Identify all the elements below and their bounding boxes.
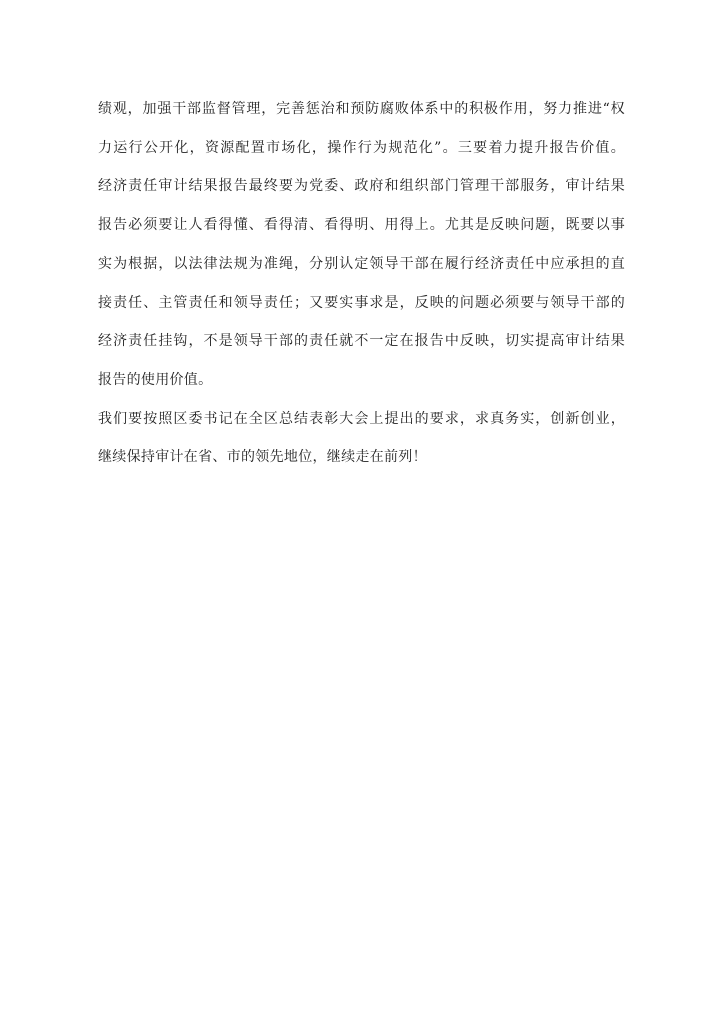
document-page: 绩观，加强干部监督管理，完善惩治和预防腐败体系中的积极作用，努力推进“权力运行公… <box>0 0 721 1020</box>
document-text: 绩观，加强干部监督管理，完善惩治和预防腐败体系中的积极作用，努力推进“权力运行公… <box>98 90 625 477</box>
text-line: 继续保持审计在省、市的领先地位，继续走在前列！ <box>98 438 625 477</box>
text-line: 接责任、主管责任和领导责任；又要实事求是，反映的问题必须要与领导干部的 <box>98 284 625 323</box>
text-line: 绩观，加强干部监督管理，完善惩治和预防腐败体系中的积极作用，努力推进“权 <box>98 90 625 129</box>
text-line: 经济责任挂钩，不是领导干部的责任就不一定在报告中反映，切实提高审计结果 <box>98 322 625 361</box>
text-line: 经济责任审计结果报告最终要为党委、政府和组织部门管理干部服务，审计结果 <box>98 167 625 206</box>
text-line: 我们要按照区委书记在全区总结表彰大会上提出的要求，求真务实，创新创业， <box>98 400 625 439</box>
text-line: 报告必须要让人看得懂、看得清、看得明、用得上。尤其是反映问题，既要以事 <box>98 206 625 245</box>
text-line: 报告的使用价值。 <box>98 361 625 400</box>
text-line: 实为根据，以法律法规为准绳，分别认定领导干部在履行经济责任中应承担的直 <box>98 245 625 284</box>
text-line: 力运行公开化，资源配置市场化，操作行为规范化”。三要着力提升报告价值。 <box>98 129 625 168</box>
